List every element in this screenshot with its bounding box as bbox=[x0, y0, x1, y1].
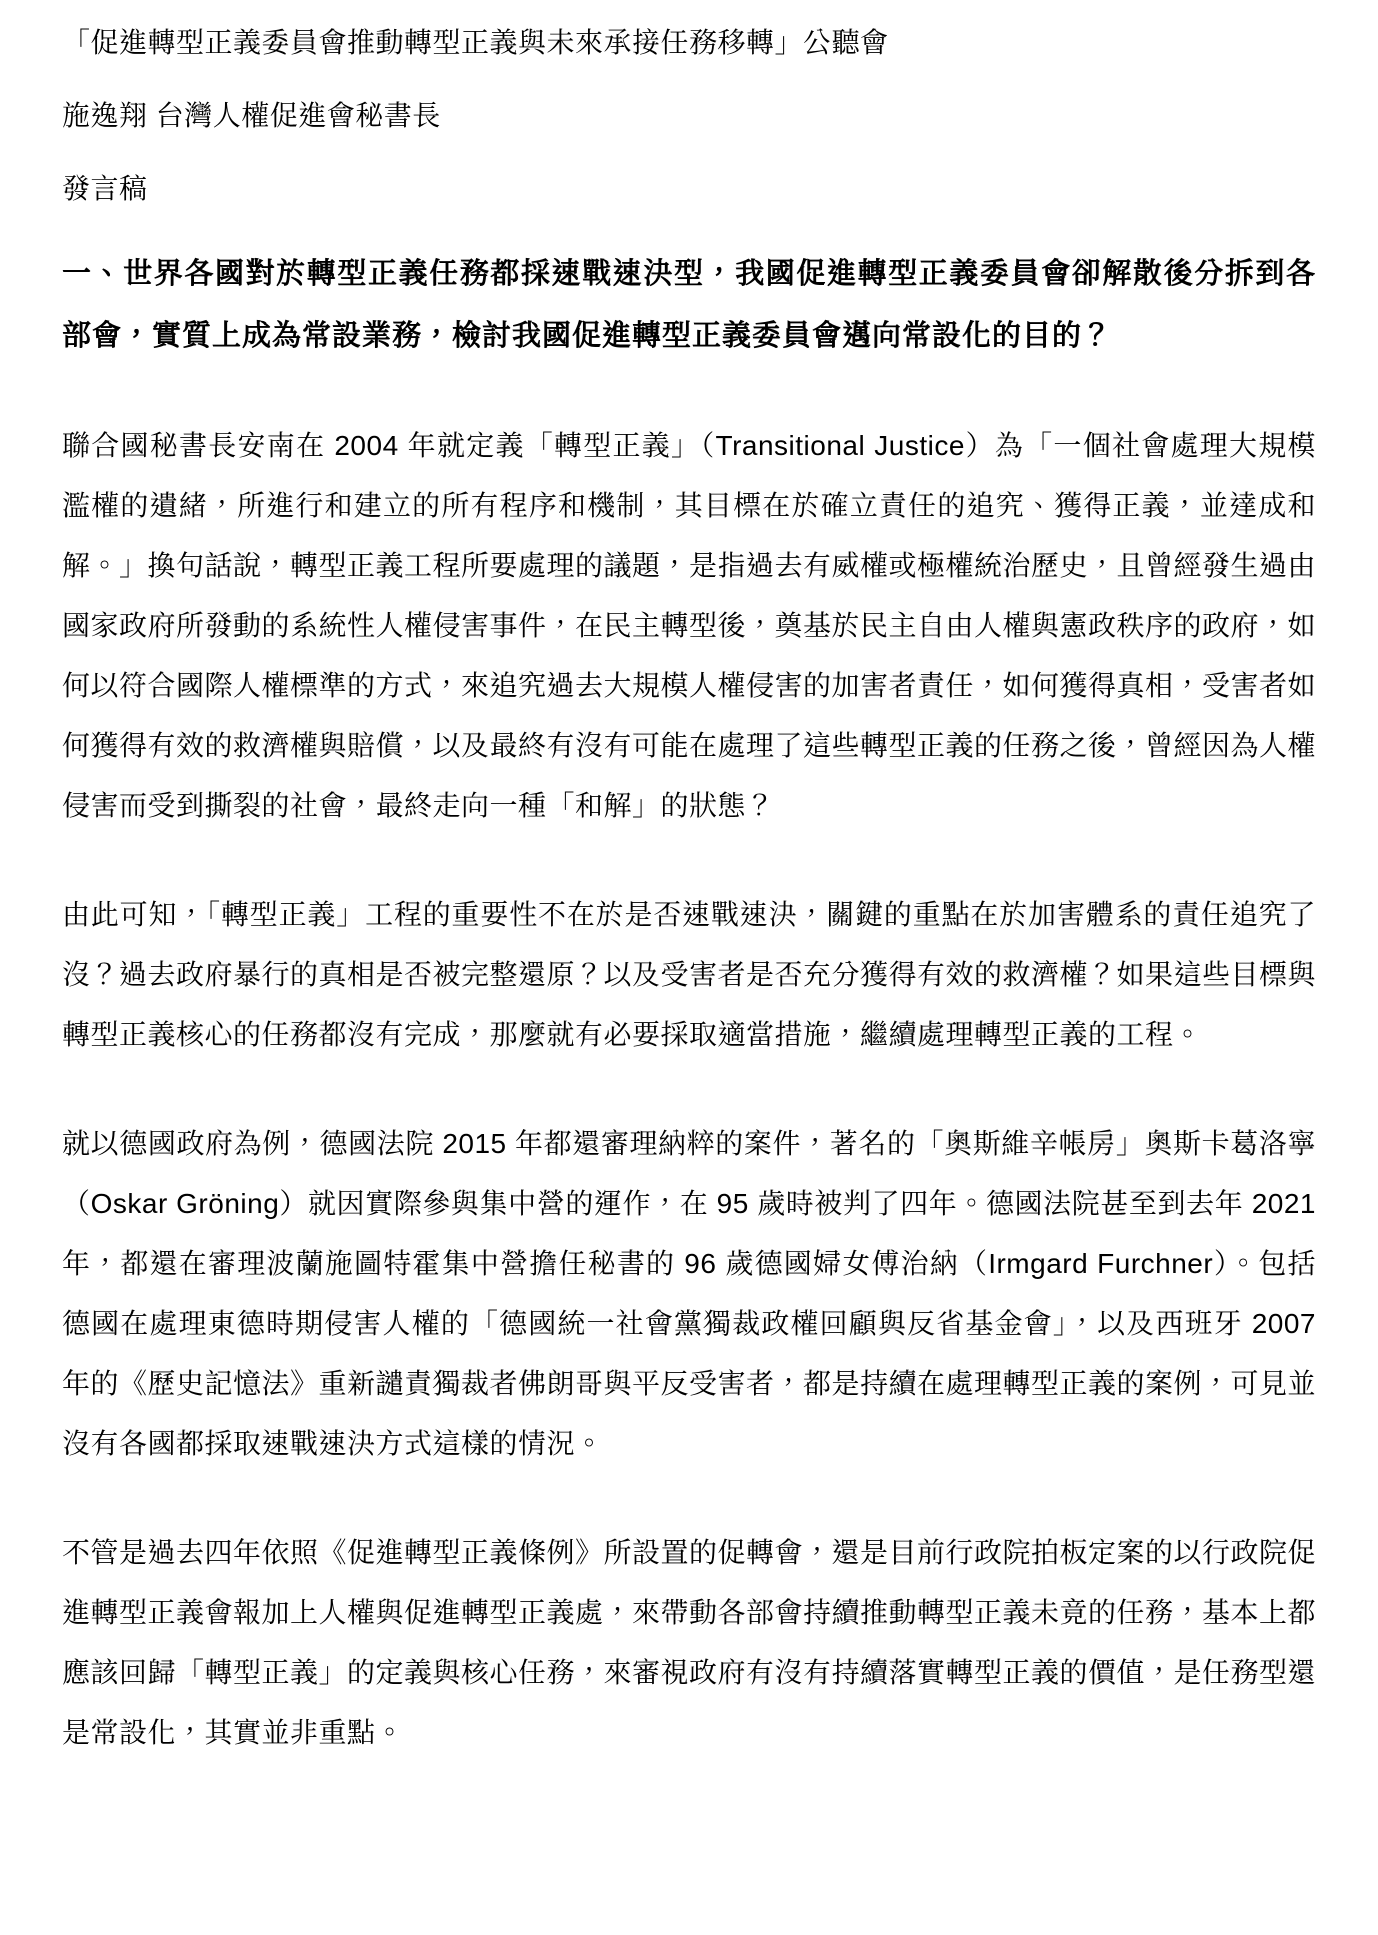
paragraph-definition-transitional-justice: 聯合國秘書長安南在 2004 年就定義「轉型正義」（Transitional J… bbox=[62, 416, 1316, 836]
document-type-label: 發言稿 bbox=[62, 170, 1316, 207]
paragraph-germany-spain-examples: 就以德國政府為例，德國法院 2015 年都還審理納粹的案件，著名的「奧斯維辛帳房… bbox=[62, 1114, 1316, 1474]
paragraph-conclusion: 不管是過去四年依照《促進轉型正義條例》所設置的促轉會，還是目前行政院拍板定案的以… bbox=[62, 1523, 1316, 1763]
document-title: 「促進轉型正義委員會推動轉型正義與未來承接任務移轉」公聽會 bbox=[62, 24, 1316, 61]
paragraph-key-points: 由此可知，「轉型正義」工程的重要性不在於是否速戰速決，關鍵的重點在於加害體系的責… bbox=[62, 885, 1316, 1065]
speaker-name-and-title: 施逸翔 台灣人權促進會秘書長 bbox=[62, 97, 1316, 134]
section-heading: 一、世界各國對於轉型正義任務都採速戰速決型，我國促進轉型正義委員會卻解散後分拆到… bbox=[62, 243, 1316, 367]
document-page: 「促進轉型正義委員會推動轉型正義與未來承接任務移轉」公聽會 施逸翔 台灣人權促進… bbox=[0, 0, 1378, 1935]
